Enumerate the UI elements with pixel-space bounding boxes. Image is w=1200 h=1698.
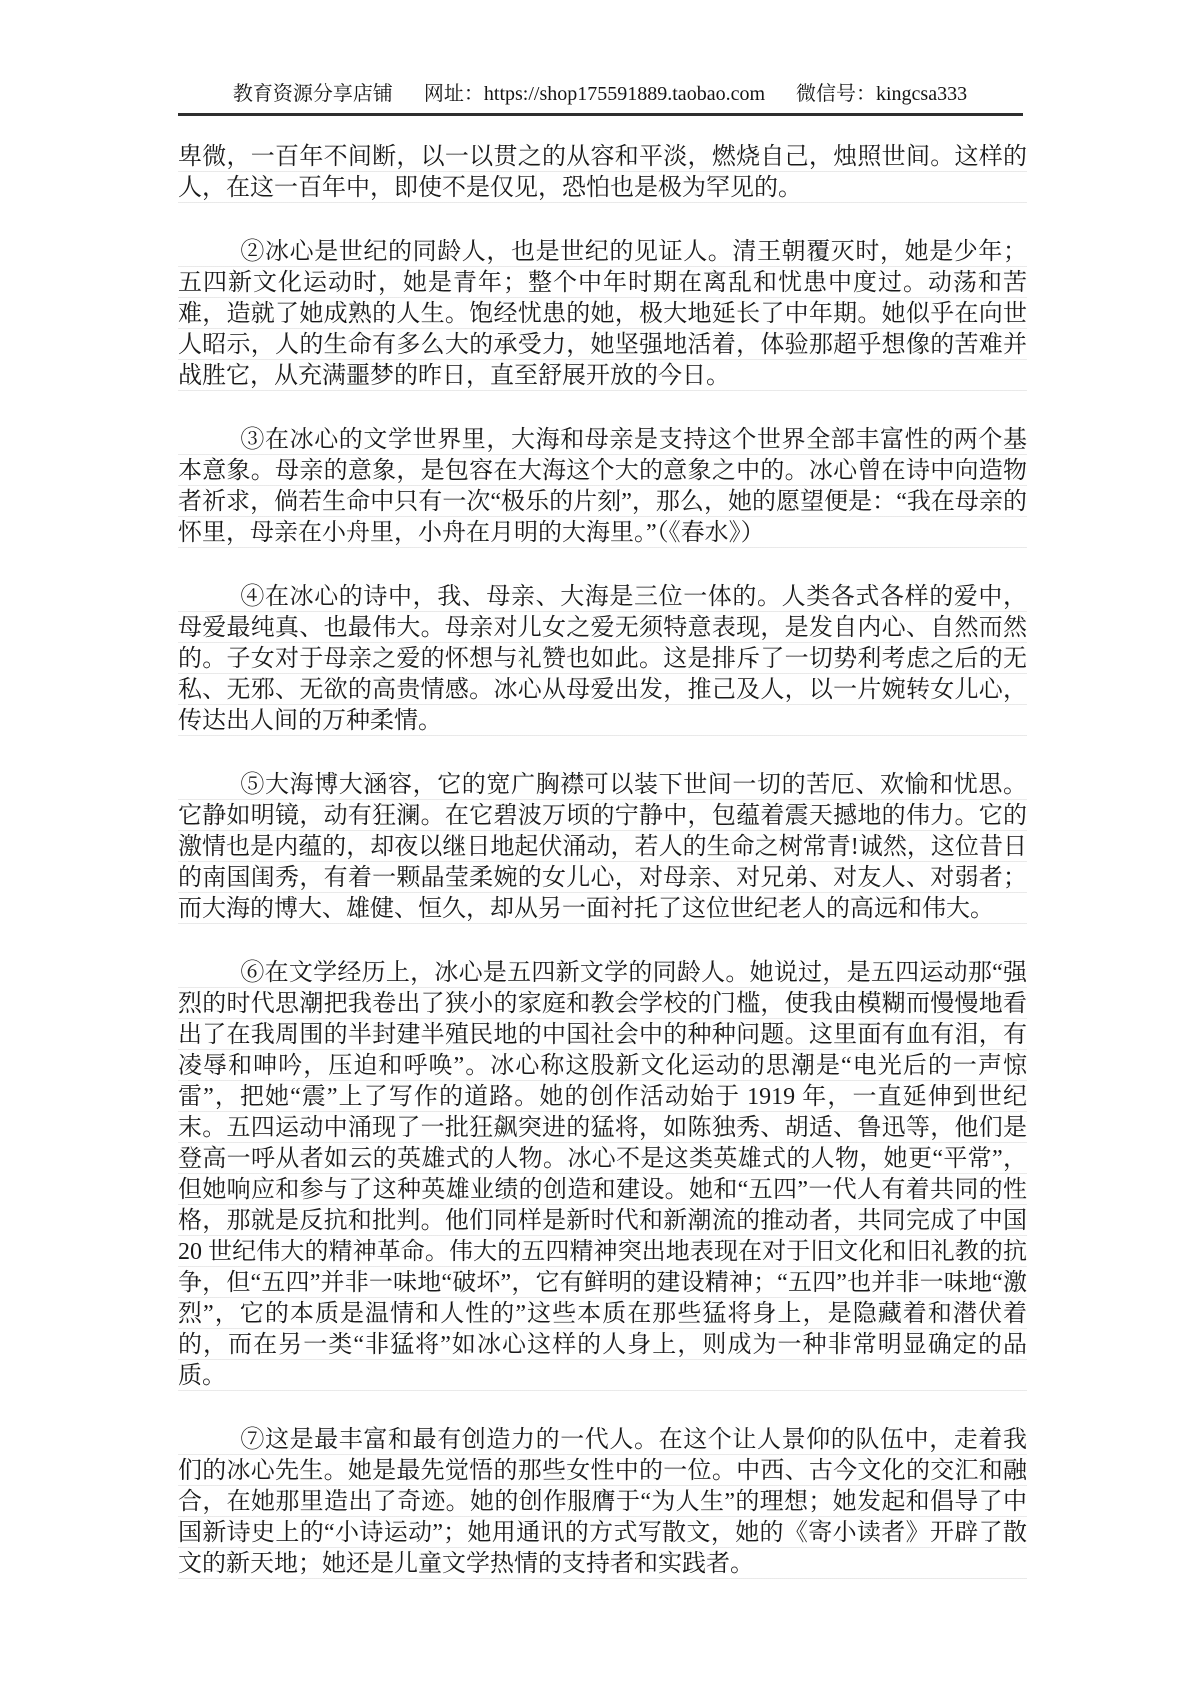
paragraph-4: ④在冰心的诗中，我、母亲、大海是三位一体的。人类各式各样的爱中，母爱最纯真、也最… (178, 582, 1027, 737)
shop-url: 网址：https://shop175591889.taobao.com (424, 82, 765, 106)
article-body: 卑微，一百年不间断，以一以贯之的从容和平淡，燃烧自己，烛照世间。这样的人，在这一… (178, 142, 1027, 1580)
paragraph-7: ⑦这是最丰富和最有创造力的一代人。在这个让人景仰的队伍中，走着我们的冰心先生。她… (178, 1425, 1027, 1580)
shop-name: 教育资源分享店铺 (233, 82, 393, 106)
paragraph-continuation: 卑微，一百年不间断，以一以贯之的从容和平淡，燃烧自己，烛照世间。这样的人，在这一… (178, 142, 1027, 204)
header-divider (178, 113, 1023, 116)
paragraph-2: ②冰心是世纪的同龄人，也是世纪的见证人。清王朝覆灭时，她是少年；五四新文化运动时… (178, 237, 1027, 392)
paragraph-3: ③在冰心的文学世界里，大海和母亲是支持这个世界全部丰富性的两个基本意象。母亲的意… (178, 425, 1027, 549)
shop-header: 教育资源分享店铺 网址：https://shop175591889.taobao… (0, 0, 1200, 106)
shop-wechat: 微信号：kingcsa333 (796, 82, 967, 106)
paragraph-5: ⑤大海博大涵容，它的宽广胸襟可以装下世间一切的苦厄、欢愉和忧思。它静如明镜，动有… (178, 770, 1027, 925)
paragraph-6: ⑥在文学经历上，冰心是五四新文学的同龄人。她说过，是五四运动那“强烈的时代思潮把… (178, 958, 1027, 1392)
